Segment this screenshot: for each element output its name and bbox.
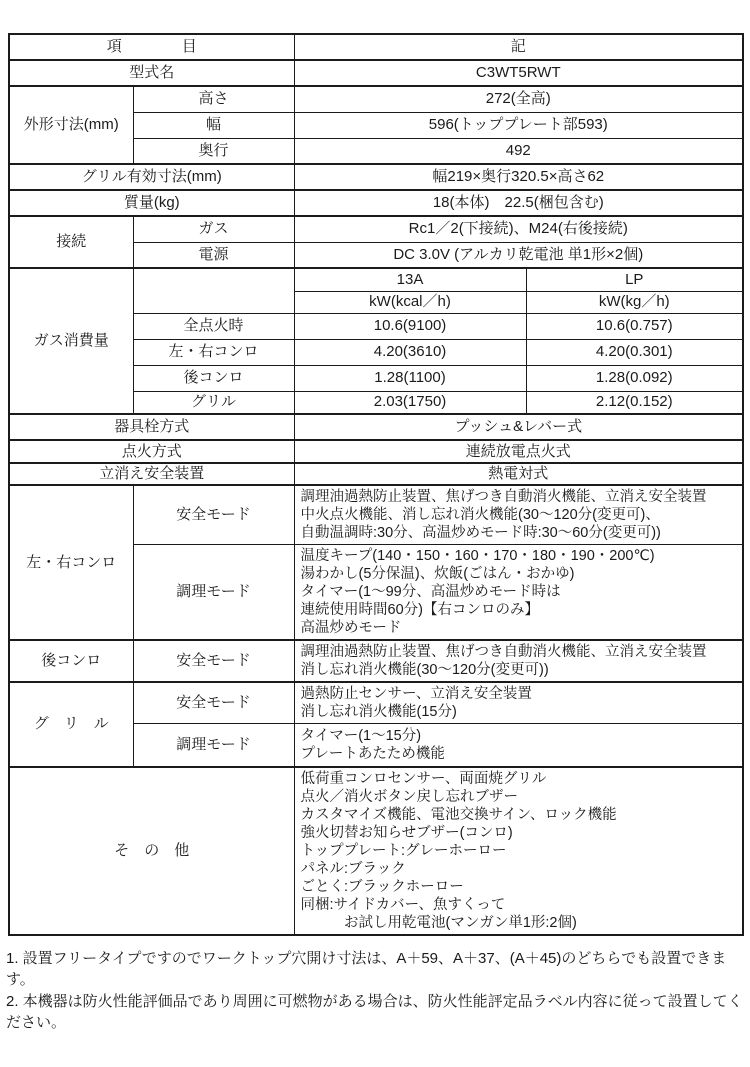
conn-gas-value: Rc1／2(下接続)、M24(右後接続) (294, 216, 743, 242)
valve-label: 器具栓方式 (9, 414, 294, 440)
gas-row-grill-lp: 2.12(0.152) (526, 391, 743, 414)
spec-sheet-page: { "table": { "header": { "item": "項 目", … (0, 0, 750, 1067)
dims-height-label: 高さ (133, 86, 294, 112)
burner-lr-safety-label: 安全モード (133, 485, 294, 545)
flame-failure-value: 熱電対式 (294, 463, 743, 485)
weight-value: 18(本体) 22.5(梱包含む) (294, 190, 743, 216)
spec-table: 項 目 記 型式名 C3WT5RWT 外形寸法(mm) 高さ 272(全高) 幅… (8, 33, 744, 936)
burner-rear-safety-value: 調理油過熱防止装置、焦げつき自動消火機能、立消え安全装置 消し忘れ消火機能(30… (294, 640, 743, 682)
header-desc: 記 (294, 34, 743, 60)
valve-value: プッシュ&レバー式 (294, 414, 743, 440)
dims-width-value: 596(トッププレート部593) (294, 112, 743, 138)
grill-safety-label: 安全モード (133, 682, 294, 724)
conn-power-label: 電源 (133, 242, 294, 268)
model-value: C3WT5RWT (294, 60, 743, 86)
ignition-value: 連続放電点火式 (294, 440, 743, 463)
footnote-1: 1. 設置フリータイプですのでワークトップ穴開け寸法は、A＋59、A＋37、(A… (6, 948, 750, 990)
grill-cook-value: タイマー(1〜15分) プレートあたため機能 (294, 724, 743, 767)
gas-row-grill-label: グリル (133, 391, 294, 414)
gas-row-lr-13a: 4.20(3610) (294, 339, 526, 365)
dims-width-label: 幅 (133, 112, 294, 138)
burner-lr-cook-label: 調理モード (133, 545, 294, 641)
gas-row-rear-label: 後コンロ (133, 365, 294, 391)
others-value: 低荷重コンロセンサー、両面焼グリル 点火／消火ボタン戻し忘れブザー カスタマイズ… (294, 767, 743, 935)
grill-cook-label: 調理モード (133, 724, 294, 767)
weight-label: 質量(kg) (9, 190, 294, 216)
gas-row-lr-label: 左・右コンロ (133, 339, 294, 365)
gas-unit-lp: kW(kg／h) (526, 291, 743, 313)
others-label: そ の 他 (9, 767, 294, 935)
gas-unit-13a: kW(kcal／h) (294, 291, 526, 313)
burner-lr-label: 左・右コンロ (9, 485, 133, 640)
dims-label: 外形寸法(mm) (9, 86, 133, 164)
model-label: 型式名 (9, 60, 294, 86)
burner-lr-cook-value: 温度キープ(140・150・160・170・180・190・200℃) 湯わかし… (294, 545, 743, 641)
conn-gas-label: ガス (133, 216, 294, 242)
gas-row-grill-13a: 2.03(1750) (294, 391, 526, 414)
footnotes: 1. 設置フリータイプですのでワークトップ穴開け寸法は、A＋59、A＋37、(A… (6, 948, 750, 1034)
gas-subhead-spacer (133, 268, 294, 313)
gas-row-rear-13a: 1.28(1100) (294, 365, 526, 391)
gas-col-lp: LP (526, 268, 743, 291)
grill-dim-label: グリル有効寸法(mm) (9, 164, 294, 190)
flame-failure-label: 立消え安全装置 (9, 463, 294, 485)
header-item: 項 目 (9, 34, 294, 60)
grill-safety-value: 過熱防止センサー、立消え安全装置 消し忘れ消火機能(15分) (294, 682, 743, 724)
grill-label: グ リ ル (9, 682, 133, 767)
dims-depth-value: 492 (294, 138, 743, 164)
gas-row-all-label: 全点火時 (133, 313, 294, 339)
dims-depth-label: 奥行 (133, 138, 294, 164)
conn-power-value: DC 3.0V (アルカリ乾電池 単1形×2個) (294, 242, 743, 268)
gas-row-all-13a: 10.6(9100) (294, 313, 526, 339)
burner-rear-label: 後コンロ (9, 640, 133, 682)
grill-dim-value: 幅219×奥行320.5×高さ62 (294, 164, 743, 190)
burner-lr-safety-value: 調理油過熱防止装置、焦げつき自動消火機能、立消え安全装置 中火点火機能、消し忘れ… (294, 485, 743, 545)
footnote-2: 2. 本機器は防火性能評価品であり周囲に可燃物がある場合は、防火性能評定品ラベル… (6, 991, 750, 1033)
ignition-label: 点火方式 (9, 440, 294, 463)
dims-height-value: 272(全高) (294, 86, 743, 112)
gas-row-lr-lp: 4.20(0.301) (526, 339, 743, 365)
gas-row-all-lp: 10.6(0.757) (526, 313, 743, 339)
conn-label: 接続 (9, 216, 133, 268)
burner-rear-safety-label: 安全モード (133, 640, 294, 682)
gas-label: ガス消費量 (9, 268, 133, 414)
gas-row-rear-lp: 1.28(0.092) (526, 365, 743, 391)
gas-col-13a: 13A (294, 268, 526, 291)
